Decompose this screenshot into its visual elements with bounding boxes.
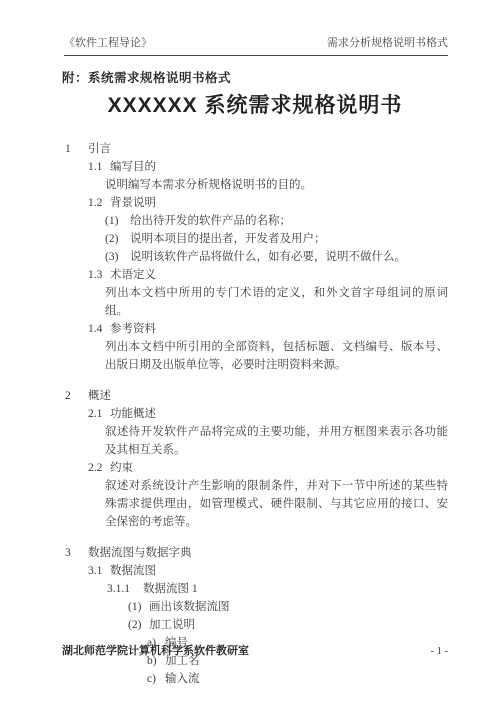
outline-line: 叙述待开发软件产品将完成的主要功能，并用方框图来表示各功能及其相互关系。 <box>105 423 448 459</box>
outline-number: 3.1 <box>88 562 110 580</box>
outline-line: 列出本文档中所引用的全部资料，包括标题、文档编号、版本号、出版日期及出版单位等，… <box>105 338 448 374</box>
outline-text: 约束 <box>110 459 133 477</box>
outline-number: 1.2 <box>88 194 110 212</box>
outline-number: 1.4 <box>88 320 110 338</box>
outline-number: (2) <box>128 616 149 634</box>
outline-text: 说明编写本需求分析规格说明书的目的。 <box>105 179 312 191</box>
page-number: - 1 - <box>431 646 449 657</box>
outline-line: 3.1.1数据流图 1 <box>107 580 448 598</box>
outline-line: (3)说明该软件产品将做什么，如有必要，说明不做什么。 <box>105 248 448 266</box>
outline-line: (1)给出待开发的软件产品的名称； <box>105 212 448 230</box>
outline-text: 给出待开发的软件产品的名称； <box>130 212 291 230</box>
outline-line: (2)说明本项目的提出者，开发者及用户； <box>105 230 448 248</box>
outline-text: 说明该软件产品将做什么，如有必要，说明不做什么。 <box>130 248 406 266</box>
outline-text: 输入流 <box>165 670 200 688</box>
outline-number: 3 <box>65 544 88 562</box>
footer-organization: 湖北师范学院计算机科学系软件教研室 <box>62 642 249 658</box>
outline-line: 1.2背景说明 <box>88 194 448 212</box>
outline-line: 1.4参考资料 <box>88 320 448 338</box>
outline-line: 1.3术语定义 <box>88 266 448 284</box>
outline-number: (2) <box>105 230 130 248</box>
outline-line: 2.2约束 <box>88 459 448 477</box>
outline-line: (2)加工说明 <box>128 616 448 634</box>
outline-line: 2.1功能概述 <box>88 405 448 423</box>
section-spacer <box>62 374 448 387</box>
outline-line: 说明编写本需求分析规格说明书的目的。 <box>105 176 448 194</box>
outline-text: 说明本项目的提出者，开发者及用户； <box>130 230 326 248</box>
outline-number: 1 <box>65 140 88 158</box>
header-course-title: 《软件工程导论》 <box>64 34 152 50</box>
outline-line: 叙述对系统设计产生影响的限制条件，并对下一节中所述的某些特殊需求提供理由，如管理… <box>105 477 448 531</box>
section-spacer <box>62 531 448 544</box>
outline-text: 加工说明 <box>149 616 195 634</box>
outline-line: (1)画出该数据流图 <box>128 598 448 616</box>
outline-number: (1) <box>128 598 149 616</box>
document-outline: 1引言1.1编写目的说明编写本需求分析规格说明书的目的。1.2背景说明(1)给出… <box>62 140 448 688</box>
outline-number: 2.2 <box>88 459 110 477</box>
outline-number: 2.1 <box>88 405 110 423</box>
outline-text: 叙述待开发软件产品将完成的主要功能，并用方框图来表示各功能及其相互关系。 <box>105 426 448 456</box>
outline-line: 1.1编写目的 <box>88 158 448 176</box>
outline-line: 3.1数据流图 <box>88 562 448 580</box>
outline-text: 叙述对系统设计产生影响的限制条件，并对下一节中所述的某些特殊需求提供理由，如管理… <box>105 480 448 528</box>
outline-text: 参考资料 <box>110 320 156 338</box>
outline-number: 3.1.1 <box>107 580 143 598</box>
outline-text: 术语定义 <box>110 266 156 284</box>
outline-line: 3数据流图与数据字典 <box>65 544 448 562</box>
outline-text: 数据流图 <box>110 562 156 580</box>
outline-line: 列出本文档中所用的专门术语的定义，和外文首字母组词的原词组。 <box>105 284 448 320</box>
document-title: XXXXXX 系统需求规格说明书 <box>62 89 448 119</box>
header-doc-type: 需求分析规格说明书格式 <box>327 34 448 50</box>
outline-number: (3) <box>105 248 130 266</box>
outline-text: 列出本文档中所用的专门术语的定义，和外文首字母组词的原词组。 <box>105 287 448 317</box>
outline-line: c)输入流 <box>147 670 448 688</box>
outline-text: 数据流图与数据字典 <box>88 544 192 562</box>
outline-number: (1) <box>105 212 130 230</box>
outline-number: 1.1 <box>88 158 110 176</box>
outline-number: c) <box>147 670 165 688</box>
document-page: 《软件工程导论》 需求分析规格说明书格式 附：系统需求规格说明书格式 XXXXX… <box>0 0 500 707</box>
outline-text: 引言 <box>88 140 111 158</box>
outline-text: 功能概述 <box>110 405 156 423</box>
page-footer: 湖北师范学院计算机科学系软件教研室 - 1 - <box>62 642 448 658</box>
page-header: 《软件工程导论》 需求分析规格说明书格式 <box>64 34 448 56</box>
attachment-title: 附：系统需求规格说明书格式 <box>62 68 231 86</box>
outline-line: 1引言 <box>65 140 448 158</box>
outline-line: 2概述 <box>65 387 448 405</box>
outline-text: 概述 <box>88 387 111 405</box>
outline-number: 1.3 <box>88 266 110 284</box>
outline-text: 背景说明 <box>110 194 156 212</box>
outline-text: 画出该数据流图 <box>149 598 230 616</box>
outline-number: 2 <box>65 387 88 405</box>
outline-text: 数据流图 1 <box>143 580 198 598</box>
outline-text: 列出本文档中所引用的全部资料，包括标题、文档编号、版本号、出版日期及出版单位等，… <box>105 341 448 371</box>
outline-text: 编写目的 <box>110 158 156 176</box>
